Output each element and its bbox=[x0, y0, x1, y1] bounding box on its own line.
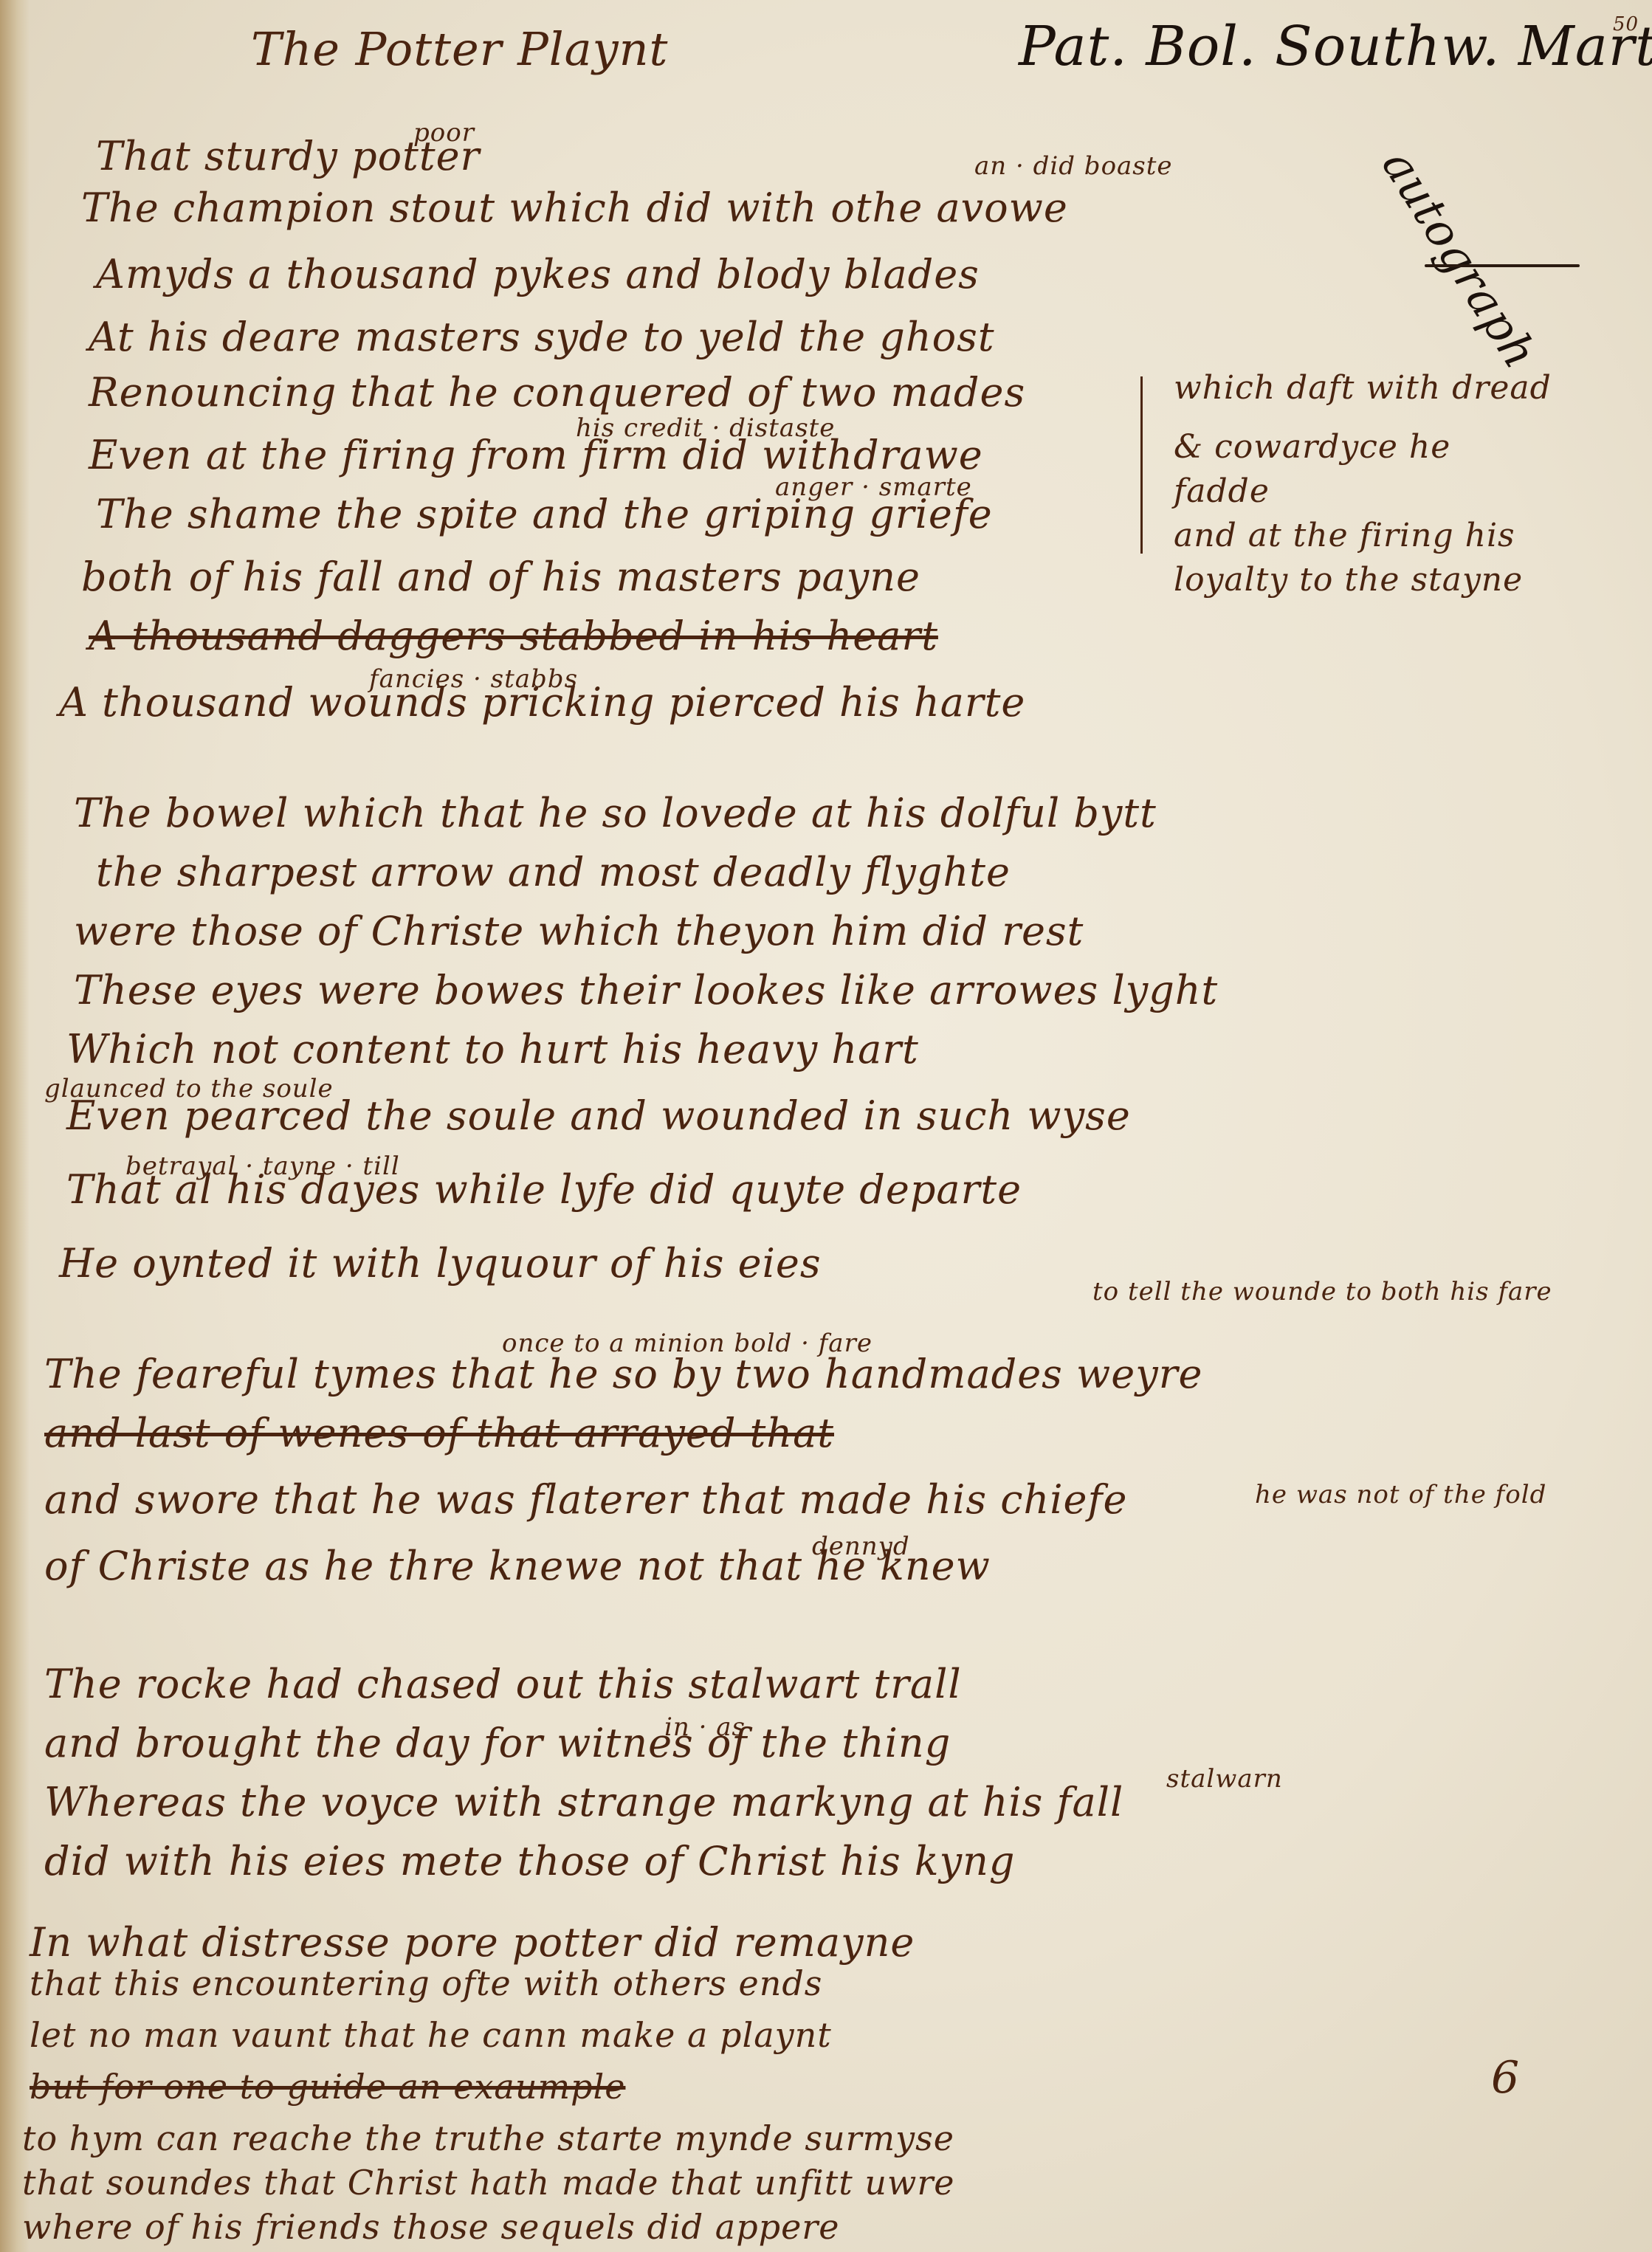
manuscript-title: The Potter Playnt bbox=[251, 22, 668, 76]
verse-line: Which not content to hurt his heavy hart bbox=[66, 1026, 919, 1072]
struck-verse-line: but for one to guide an exaumple bbox=[30, 2067, 625, 2107]
verse-line: That al his dayes while lyfe did quyte d… bbox=[66, 1166, 1022, 1213]
verse-line: That sturdy potter bbox=[96, 133, 480, 179]
binding-edge bbox=[0, 0, 30, 2252]
side-note-line: and at the firing his bbox=[1174, 517, 1515, 554]
verse-line: Amyds a thousand pykes and blody blades bbox=[96, 251, 980, 297]
right-heading: Pat. Bol. Southw. Mart. bbox=[1019, 15, 1652, 78]
heading-rule bbox=[1425, 264, 1580, 267]
side-note-bracket bbox=[1140, 376, 1143, 554]
verse-line: of Christe as he thre knewe not that he … bbox=[44, 1543, 991, 1589]
verse-line: let no man vaunt that he cann make a pla… bbox=[30, 2015, 832, 2055]
right-annotation: autograph bbox=[1371, 140, 1548, 378]
interlinear-gloss: to tell the wounde to both his fare bbox=[1092, 1277, 1552, 1306]
verse-line: He oynted it with lyquour of his eies bbox=[59, 1240, 822, 1287]
verse-line: The feareful tymes that he so by two han… bbox=[44, 1351, 1203, 1397]
verse-line: both of his fall and of his masters payn… bbox=[81, 554, 920, 600]
verse-line: Even at the firing from firm did withdra… bbox=[89, 432, 983, 478]
verse-line: and swore that he was flaterer that made… bbox=[44, 1476, 1127, 1523]
verse-line: The rocke had chased out this stalwart t… bbox=[44, 1661, 962, 1707]
side-note-line: fadde bbox=[1174, 472, 1270, 510]
verse-line: The bowel which that he so lovede at his… bbox=[74, 790, 1157, 836]
verse-line: to hym can reache the truthe starte mynd… bbox=[22, 2118, 954, 2158]
verse-line: were those of Christe which theyon him d… bbox=[74, 908, 1084, 954]
struck-verse-line: and last of wenes of that arrayed that bbox=[44, 1410, 834, 1456]
interlinear-gloss: stalwarn bbox=[1166, 1764, 1283, 1794]
verse-line: that soundes that Christ hath made that … bbox=[22, 2163, 955, 2203]
verse-line: The champion stout which did with othe a… bbox=[81, 185, 1068, 231]
side-note-line: loyalty to the stayne bbox=[1174, 561, 1523, 599]
verse-line: The shame the spite and the griping grie… bbox=[96, 491, 993, 537]
verse-line: Whereas the voyce with strange markyng a… bbox=[44, 1779, 1123, 1825]
verse-line: In what distresse pore potter did remayn… bbox=[30, 1919, 915, 1966]
verse-line: A thousand wounds pricking pierced his h… bbox=[59, 679, 1025, 726]
verse-line: the sharpest arrow and most deadly flygh… bbox=[96, 849, 1011, 895]
verse-line: that this encountering ofte with others … bbox=[30, 1963, 822, 2003]
manuscript-page: The Potter Playnt Pat. Bol. Southw. Mart… bbox=[0, 0, 1652, 2252]
folio-number: 50 bbox=[1613, 13, 1639, 35]
struck-verse-line: A thousand daggers stabbed in his heart bbox=[89, 613, 938, 659]
verse-line: These eyes were bowes their lookes like … bbox=[74, 967, 1218, 1013]
interlinear-gloss: he was not of the fold bbox=[1255, 1480, 1546, 1509]
verse-line: and brought the day for witnes of the th… bbox=[44, 1720, 951, 1766]
verse-line: Even pearced the soule and wounded in su… bbox=[66, 1092, 1131, 1139]
verse-line: did with his eies mete those of Christ h… bbox=[44, 1838, 1015, 1884]
margin-mark: 6 bbox=[1491, 2052, 1520, 2104]
verse-line: Renouncing that he conquered of two made… bbox=[89, 369, 1025, 416]
verse-line: At his deare masters syde to yeld the gh… bbox=[89, 314, 995, 360]
interlinear-gloss: an · did boaste bbox=[974, 151, 1173, 181]
side-note-line: which daft with dread bbox=[1174, 369, 1552, 407]
verse-line: where of his friends those sequels did a… bbox=[22, 2207, 840, 2247]
side-note-line: & cowardyce he bbox=[1174, 428, 1450, 466]
